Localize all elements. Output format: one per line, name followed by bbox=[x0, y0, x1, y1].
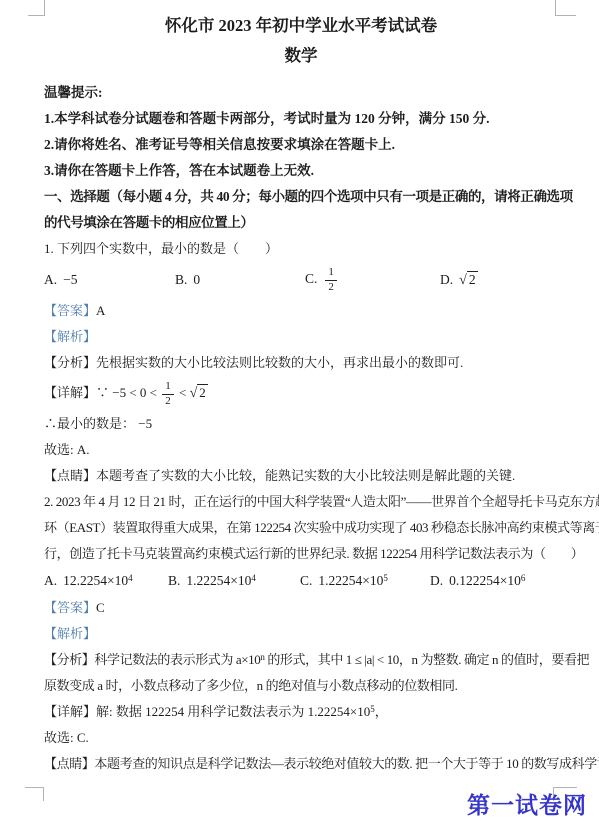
fraction-numerator: 1 bbox=[325, 267, 337, 281]
q1-option-b-value: 0 bbox=[193, 272, 200, 287]
q2-option-d: D.0.122254×106 bbox=[430, 573, 558, 589]
q2-stem-line2: 环（EAST）装置取得重大成果，在第 122254 次实验中成功实现了 403 … bbox=[44, 515, 558, 541]
q1-option-b-label: B. bbox=[175, 272, 187, 287]
q1-dianjing-line: 【点睛】本题考查了实数的大小比较，能熟记实数的大小比较法则是解此题的关键. bbox=[44, 463, 558, 489]
q1-answer-label: 【答案】 bbox=[44, 303, 96, 318]
q1-analysis-line: 【解析】 bbox=[44, 324, 558, 350]
q2-option-b-label: B. bbox=[168, 573, 180, 588]
sqrt-expression: √2 bbox=[190, 385, 208, 400]
q2-choice: 故选: C. bbox=[44, 725, 558, 751]
radicand: 2 bbox=[467, 271, 478, 287]
exponent: 4 bbox=[128, 573, 133, 583]
q2-stem-line1: 2. 2023 年 4 月 12 日 21 时，正在运行的中国大科学装置“人造太… bbox=[44, 489, 558, 515]
q1-option-d: D.√2 bbox=[440, 272, 558, 289]
q1-option-b: B.0 bbox=[175, 272, 305, 288]
q2-fenxi-line1: 【分析】科学记数法的表示形式为 a×10n 的形式，其中 1 ≤ |a| < 1… bbox=[44, 647, 558, 673]
fraction-denominator: 2 bbox=[162, 395, 174, 408]
q1-fenxi-line: 【分析】先根据实数的大小比较法则比较数的大小，再求出最小的数即可. bbox=[44, 350, 558, 376]
q2-answer-value: C bbox=[96, 600, 105, 615]
exponent: n bbox=[260, 652, 264, 662]
q1-fenxi-label: 【分析】 bbox=[44, 355, 96, 370]
notice-line-2: 2.请你将姓名、准考证号等相关信息按要求填涂在答题卡上. bbox=[44, 132, 558, 158]
fraction-numerator: 1 bbox=[162, 381, 174, 395]
q2-option-c-value: 1.22254×10 bbox=[318, 573, 383, 588]
q2-option-a: A.12.2254×104 bbox=[44, 573, 168, 589]
q1-answer-value: A bbox=[96, 303, 105, 318]
q2-option-d-label: D. bbox=[430, 573, 443, 588]
section-header-line2: 的代号填涂在答题卡的相应位置上） bbox=[44, 210, 558, 236]
q1-choice: 故选: A. bbox=[44, 437, 558, 463]
q2-xiangjie-tail: ， bbox=[375, 704, 388, 719]
exponent: 5 bbox=[383, 573, 388, 583]
q1-option-c-label: C. bbox=[305, 271, 317, 286]
fraction: 12 bbox=[325, 267, 337, 293]
q2-dianjing-text: 本题考查的知识点是科学记数法—表示较绝对值较大的数. 把一个大于等于 10 的数… bbox=[94, 756, 599, 771]
q1-option-c: C.12 bbox=[305, 267, 440, 293]
notice-line-3: 3.请你在答题卡上作答，答在本试题卷上无效. bbox=[44, 158, 558, 184]
q2-fenxi-text1: 科学记数法的表示形式为 a×10 bbox=[94, 652, 260, 667]
q2-option-b: B.1.22254×104 bbox=[168, 573, 300, 589]
section-header-line1: 一、选择题（每小题 4 分，共 40 分；每小题的四个选项中只有一项是正确的，请… bbox=[44, 184, 558, 210]
q1-xiangjie-pre: ∵ −5 < 0 < bbox=[96, 385, 160, 400]
q2-xiangjie-label: 【详解】 bbox=[44, 704, 96, 719]
notice-title: 温馨提示: bbox=[44, 80, 558, 106]
q2-fenxi-line2: 原数变成 a 时，小数点移动了多少位，n 的绝对值与小数点移动的位数相同. bbox=[44, 673, 558, 699]
q2-analysis-line: 【解析】 bbox=[44, 621, 558, 647]
q2-xiangjie-line: 【详解】解: 数据 122254 用科学记数法表示为 1.22254×105， bbox=[44, 699, 558, 725]
watermark: 第一试卷网 bbox=[467, 787, 587, 820]
q1-option-d-label: D. bbox=[440, 272, 453, 287]
q2-analysis-label: 【解析】 bbox=[44, 626, 96, 641]
q1-dianjing-label: 【点睛】 bbox=[44, 468, 96, 483]
q1-stem: 1. 下列四个实数中，最小的数是（ ） bbox=[44, 236, 558, 262]
q2-options: A.12.2254×104 B.1.22254×104 C.1.22254×10… bbox=[44, 567, 558, 595]
q1-conclusion: ∴最小的数是： −5 bbox=[44, 411, 558, 437]
page-content: 怀化市 2023 年初中学业水平考试试卷 数学 温馨提示: 1.本学科试卷分试题… bbox=[44, 10, 558, 777]
exponent: 6 bbox=[521, 573, 526, 583]
exponent: 5 bbox=[370, 704, 375, 714]
q2-fenxi-text2: 的形式，其中 1 ≤ |a| < 10，n 为整数. 确定 n 的值时，要看把 bbox=[264, 652, 589, 667]
q1-options: A.−5 B.0 C.12 D.√2 bbox=[44, 262, 558, 298]
q1-dianjing-text: 本题考查了实数的大小比较，能熟记实数的大小比较法则是解此题的关键. bbox=[96, 468, 515, 483]
q2-dianjing-label: 【点睛】 bbox=[44, 756, 94, 771]
q1-option-a: A.−5 bbox=[44, 272, 175, 288]
q2-stem-line3: 行，创造了托卡马克装置高约束模式运行新的世界纪录. 数据 122254 用科学记… bbox=[44, 541, 558, 567]
q2-answer-label: 【答案】 bbox=[44, 600, 96, 615]
fraction-denominator: 2 bbox=[325, 281, 337, 294]
page-subject: 数学 bbox=[44, 44, 558, 68]
q2-answer-line: 【答案】C bbox=[44, 595, 558, 621]
exam-page: 怀化市 2023 年初中学业水平考试试卷 数学 温馨提示: 1.本学科试卷分试题… bbox=[0, 0, 599, 829]
q2-option-d-value: 0.122254×10 bbox=[449, 573, 521, 588]
q2-option-c-label: C. bbox=[300, 573, 312, 588]
q1-xiangjie-label: 【详解】 bbox=[44, 385, 96, 400]
q2-fenxi-label: 【分析】 bbox=[44, 652, 94, 667]
q2-option-c: C.1.22254×105 bbox=[300, 573, 430, 589]
q1-option-a-value: −5 bbox=[63, 272, 77, 287]
q2-xiangjie-text: 解: 数据 122254 用科学记数法表示为 1.22254×10 bbox=[96, 704, 370, 719]
notice-line-1: 1.本学科试卷分试题卷和答题卡两部分，考试时量为 120 分钟，满分 150 分… bbox=[44, 106, 558, 132]
q1-analysis-label: 【解析】 bbox=[44, 329, 96, 344]
q2-option-a-value: 12.2254×10 bbox=[63, 573, 128, 588]
crop-mark-bottom-left bbox=[25, 787, 44, 801]
q1-option-a-label: A. bbox=[44, 272, 57, 287]
q1-xiangjie-mid: < bbox=[176, 385, 190, 400]
radicand: 2 bbox=[197, 384, 208, 400]
sqrt-expression: √2 bbox=[459, 272, 477, 287]
exponent: 4 bbox=[251, 573, 256, 583]
crop-mark-top-right bbox=[555, 0, 576, 16]
page-title: 怀化市 2023 年初中学业水平考试试卷 bbox=[44, 10, 558, 38]
crop-mark-top-left bbox=[28, 0, 45, 16]
q2-option-b-value: 1.22254×10 bbox=[186, 573, 251, 588]
q2-option-a-label: A. bbox=[44, 573, 57, 588]
q1-xiangjie-line: 【详解】∵ −5 < 0 < 12 < √2 bbox=[44, 376, 558, 411]
q2-dianjing-line: 【点睛】本题考查的知识点是科学记数法—表示较绝对值较大的数. 把一个大于等于 1… bbox=[44, 751, 558, 777]
fraction: 12 bbox=[162, 381, 174, 407]
radical-sign: √ bbox=[459, 273, 467, 288]
q1-fenxi-text: 先根据实数的大小比较法则比较数的大小，再求出最小的数即可. bbox=[96, 355, 463, 370]
q1-answer-line: 【答案】A bbox=[44, 298, 558, 324]
